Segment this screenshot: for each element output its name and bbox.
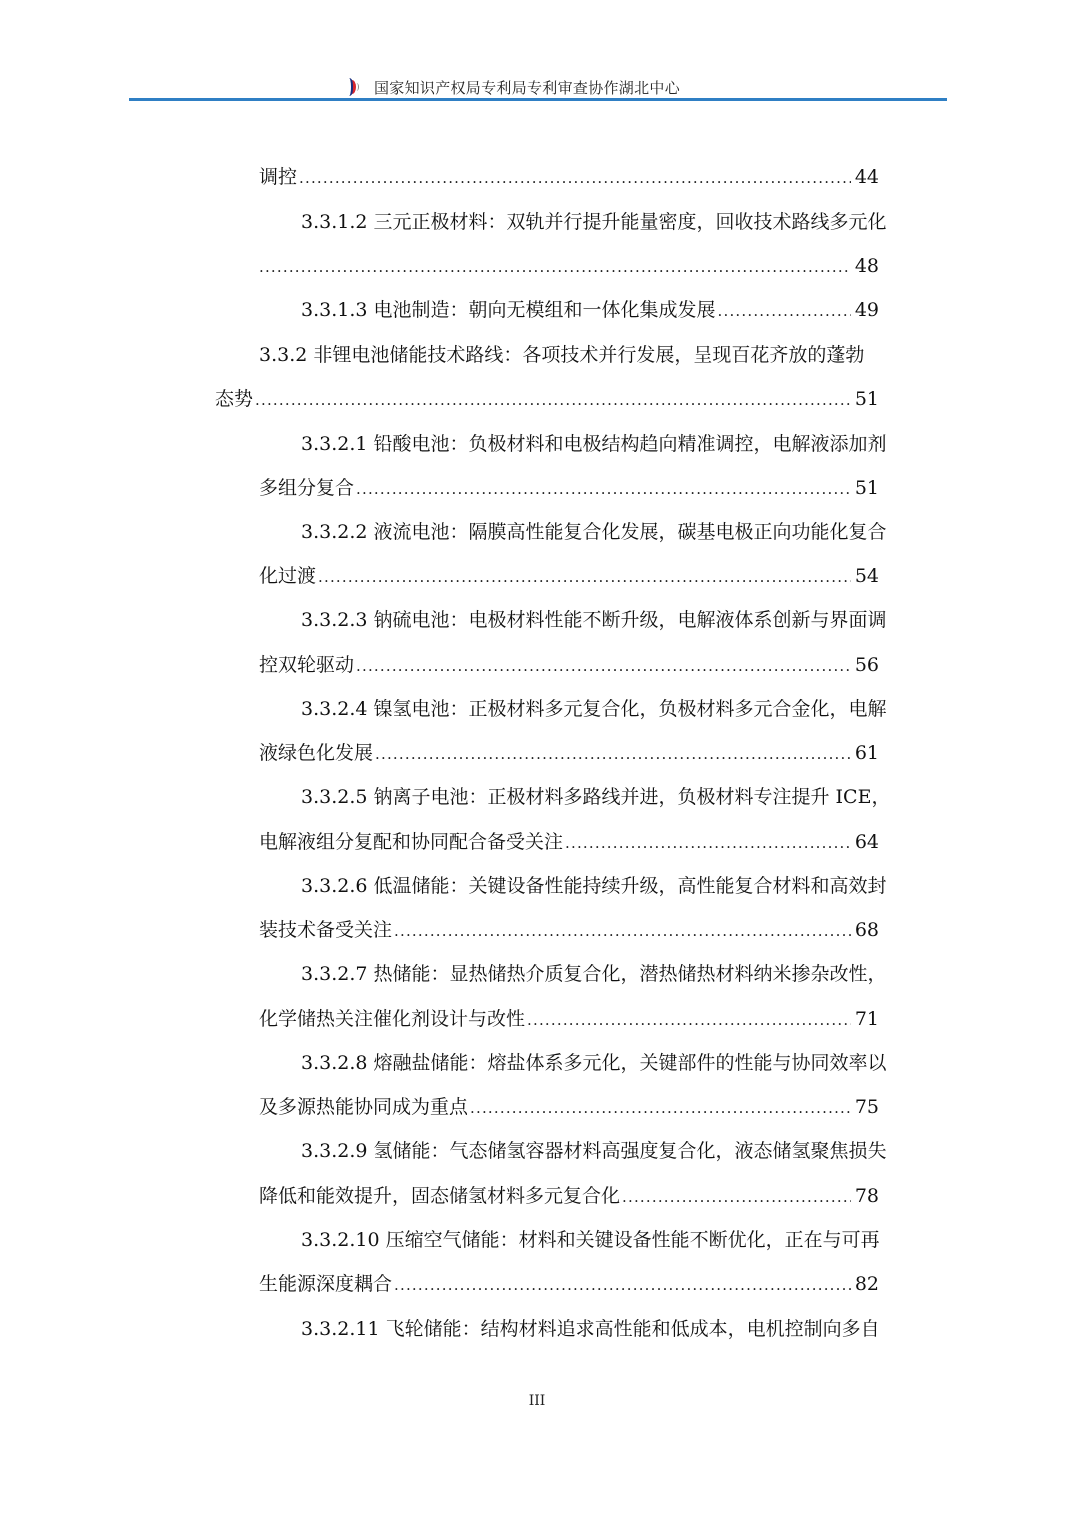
toc-entry-3.3.2.10-cont[interactable]: 生能源深度耦合 82 xyxy=(259,1269,879,1299)
page-number: 49 xyxy=(855,295,879,325)
toc-entry-3.3.2-cont[interactable]: 态势 51 xyxy=(215,384,879,414)
page-number: 78 xyxy=(855,1181,879,1211)
toc-entry-3.3.2.2[interactable]: 3.3.2.2 液流电池：隔膜高性能复合化发展，碳基电极正向功能化复合 xyxy=(301,517,887,547)
header-branding: 国家知识产权局专利局专利审查协作湖北中心 xyxy=(344,76,680,98)
toc-entry-3.3.2.8-cont[interactable]: 及多源热能协同成为重点 75 xyxy=(259,1092,879,1122)
page-number: 64 xyxy=(855,827,879,857)
toc-entry-3.3.2.5-cont[interactable]: 电解液组分复配和协同配合备受关注 64 xyxy=(259,827,879,857)
page-number: 51 xyxy=(855,473,879,503)
leader-dots xyxy=(718,296,851,326)
leader-dots xyxy=(299,163,851,193)
header-divider xyxy=(129,98,947,101)
page-number: 54 xyxy=(855,561,879,591)
toc-entry-3.3.2.7[interactable]: 3.3.2.7 热储能：显热储热介质复合化，潜热储热材料纳米掺杂改性， xyxy=(301,959,887,989)
leader-dots xyxy=(565,828,851,858)
page-number: 61 xyxy=(855,738,879,768)
page-number: 56 xyxy=(855,650,879,680)
page-number: 51 xyxy=(855,384,879,414)
toc-entry-3.3.2.6-cont[interactable]: 装技术备受关注 68 xyxy=(259,915,879,945)
leader-dots xyxy=(622,1182,851,1212)
leader-dots xyxy=(356,474,851,504)
cnipa-logo-icon xyxy=(344,76,360,98)
leader-dots xyxy=(259,252,851,282)
page-number: 71 xyxy=(855,1004,879,1034)
toc-entry-3.3.2.10[interactable]: 3.3.2.10 压缩空气储能：材料和关键设备性能不断优化，正在与可再 xyxy=(301,1225,880,1255)
toc-entry-3.3.2.7-cont[interactable]: 化学储热关注催化剂设计与改性 71 xyxy=(259,1004,879,1034)
toc-entry-3.3.2.4-cont[interactable]: 液绿色化发展 61 xyxy=(259,738,879,768)
toc-entry-3.3.1.1-cont[interactable]: 调控 44 xyxy=(259,162,879,192)
toc-entry-3.3.2.9[interactable]: 3.3.2.9 氢储能：气态储氢容器材料高强度复合化，液态储氢聚焦损失 xyxy=(301,1136,887,1166)
toc-entry-3.3.2.3-cont[interactable]: 控双轮驱动 56 xyxy=(259,650,879,680)
toc-entry-3.3.2[interactable]: 3.3.2 非锂电池储能技术路线：各项技术并行发展，呈现百花齐放的蓬勃 xyxy=(259,340,864,370)
leader-dots xyxy=(318,562,851,592)
page-number: 68 xyxy=(855,915,879,945)
toc-entry-3.3.2.1-cont[interactable]: 多组分复合 51 xyxy=(259,473,879,503)
page-number: 82 xyxy=(855,1269,879,1299)
leader-dots xyxy=(470,1093,851,1123)
leader-dots xyxy=(527,1005,851,1035)
page-number: 44 xyxy=(855,162,879,192)
page-number: 75 xyxy=(855,1092,879,1122)
footer-page-number: III xyxy=(0,1393,1074,1409)
toc-entry-3.3.2.4[interactable]: 3.3.2.4 镍氢电池：正极材料多元复合化，负极材料多元合金化，电解 xyxy=(301,694,887,724)
toc-entry-3.3.2.3[interactable]: 3.3.2.3 钠硫电池：电极材料性能不断升级，电解液体系创新与界面调 xyxy=(301,605,887,635)
leader-dots xyxy=(356,651,851,681)
toc-entry-3.3.2.2-cont[interactable]: 化过渡 54 xyxy=(259,561,879,591)
toc-entry-3.3.1.2-leader[interactable]: 48 xyxy=(259,251,879,281)
toc-entry-3.3.2.11[interactable]: 3.3.2.11 飞轮储能：结构材料追求高性能和低成本，电机控制向多自 xyxy=(301,1314,880,1344)
leader-dots xyxy=(394,1270,851,1300)
page-number: 48 xyxy=(855,251,879,281)
header-title: 国家知识产权局专利局专利审查协作湖北中心 xyxy=(374,77,680,98)
toc-entry-3.3.1.3[interactable]: 3.3.1.3 电池制造：朝向无模组和一体化集成发展 49 xyxy=(301,295,879,325)
leader-dots xyxy=(394,916,851,946)
toc-entry-3.3.2.1[interactable]: 3.3.2.1 铅酸电池：负极材料和电极结构趋向精准调控，电解液添加剂 xyxy=(301,429,887,459)
leader-dots xyxy=(255,385,851,415)
toc-entry-3.3.2.8[interactable]: 3.3.2.8 熔融盐储能：熔盐体系多元化，关键部件的性能与协同效率以 xyxy=(301,1048,887,1078)
toc-entry-3.3.2.5[interactable]: 3.3.2.5 钠离子电池：正极材料多路线并进，负极材料专注提升 ICE， xyxy=(301,782,890,812)
toc-entry-3.3.1.2[interactable]: 3.3.1.2 三元正极材料：双轨并行提升能量密度，回收技术路线多元化 xyxy=(301,207,887,237)
toc-entry-3.3.2.9-cont[interactable]: 降低和能效提升，固态储氢材料多元复合化 78 xyxy=(259,1181,879,1211)
toc-entry-3.3.2.6[interactable]: 3.3.2.6 低温储能：关键设备性能持续升级，高性能复合材料和高效封 xyxy=(301,871,887,901)
leader-dots xyxy=(375,739,851,769)
